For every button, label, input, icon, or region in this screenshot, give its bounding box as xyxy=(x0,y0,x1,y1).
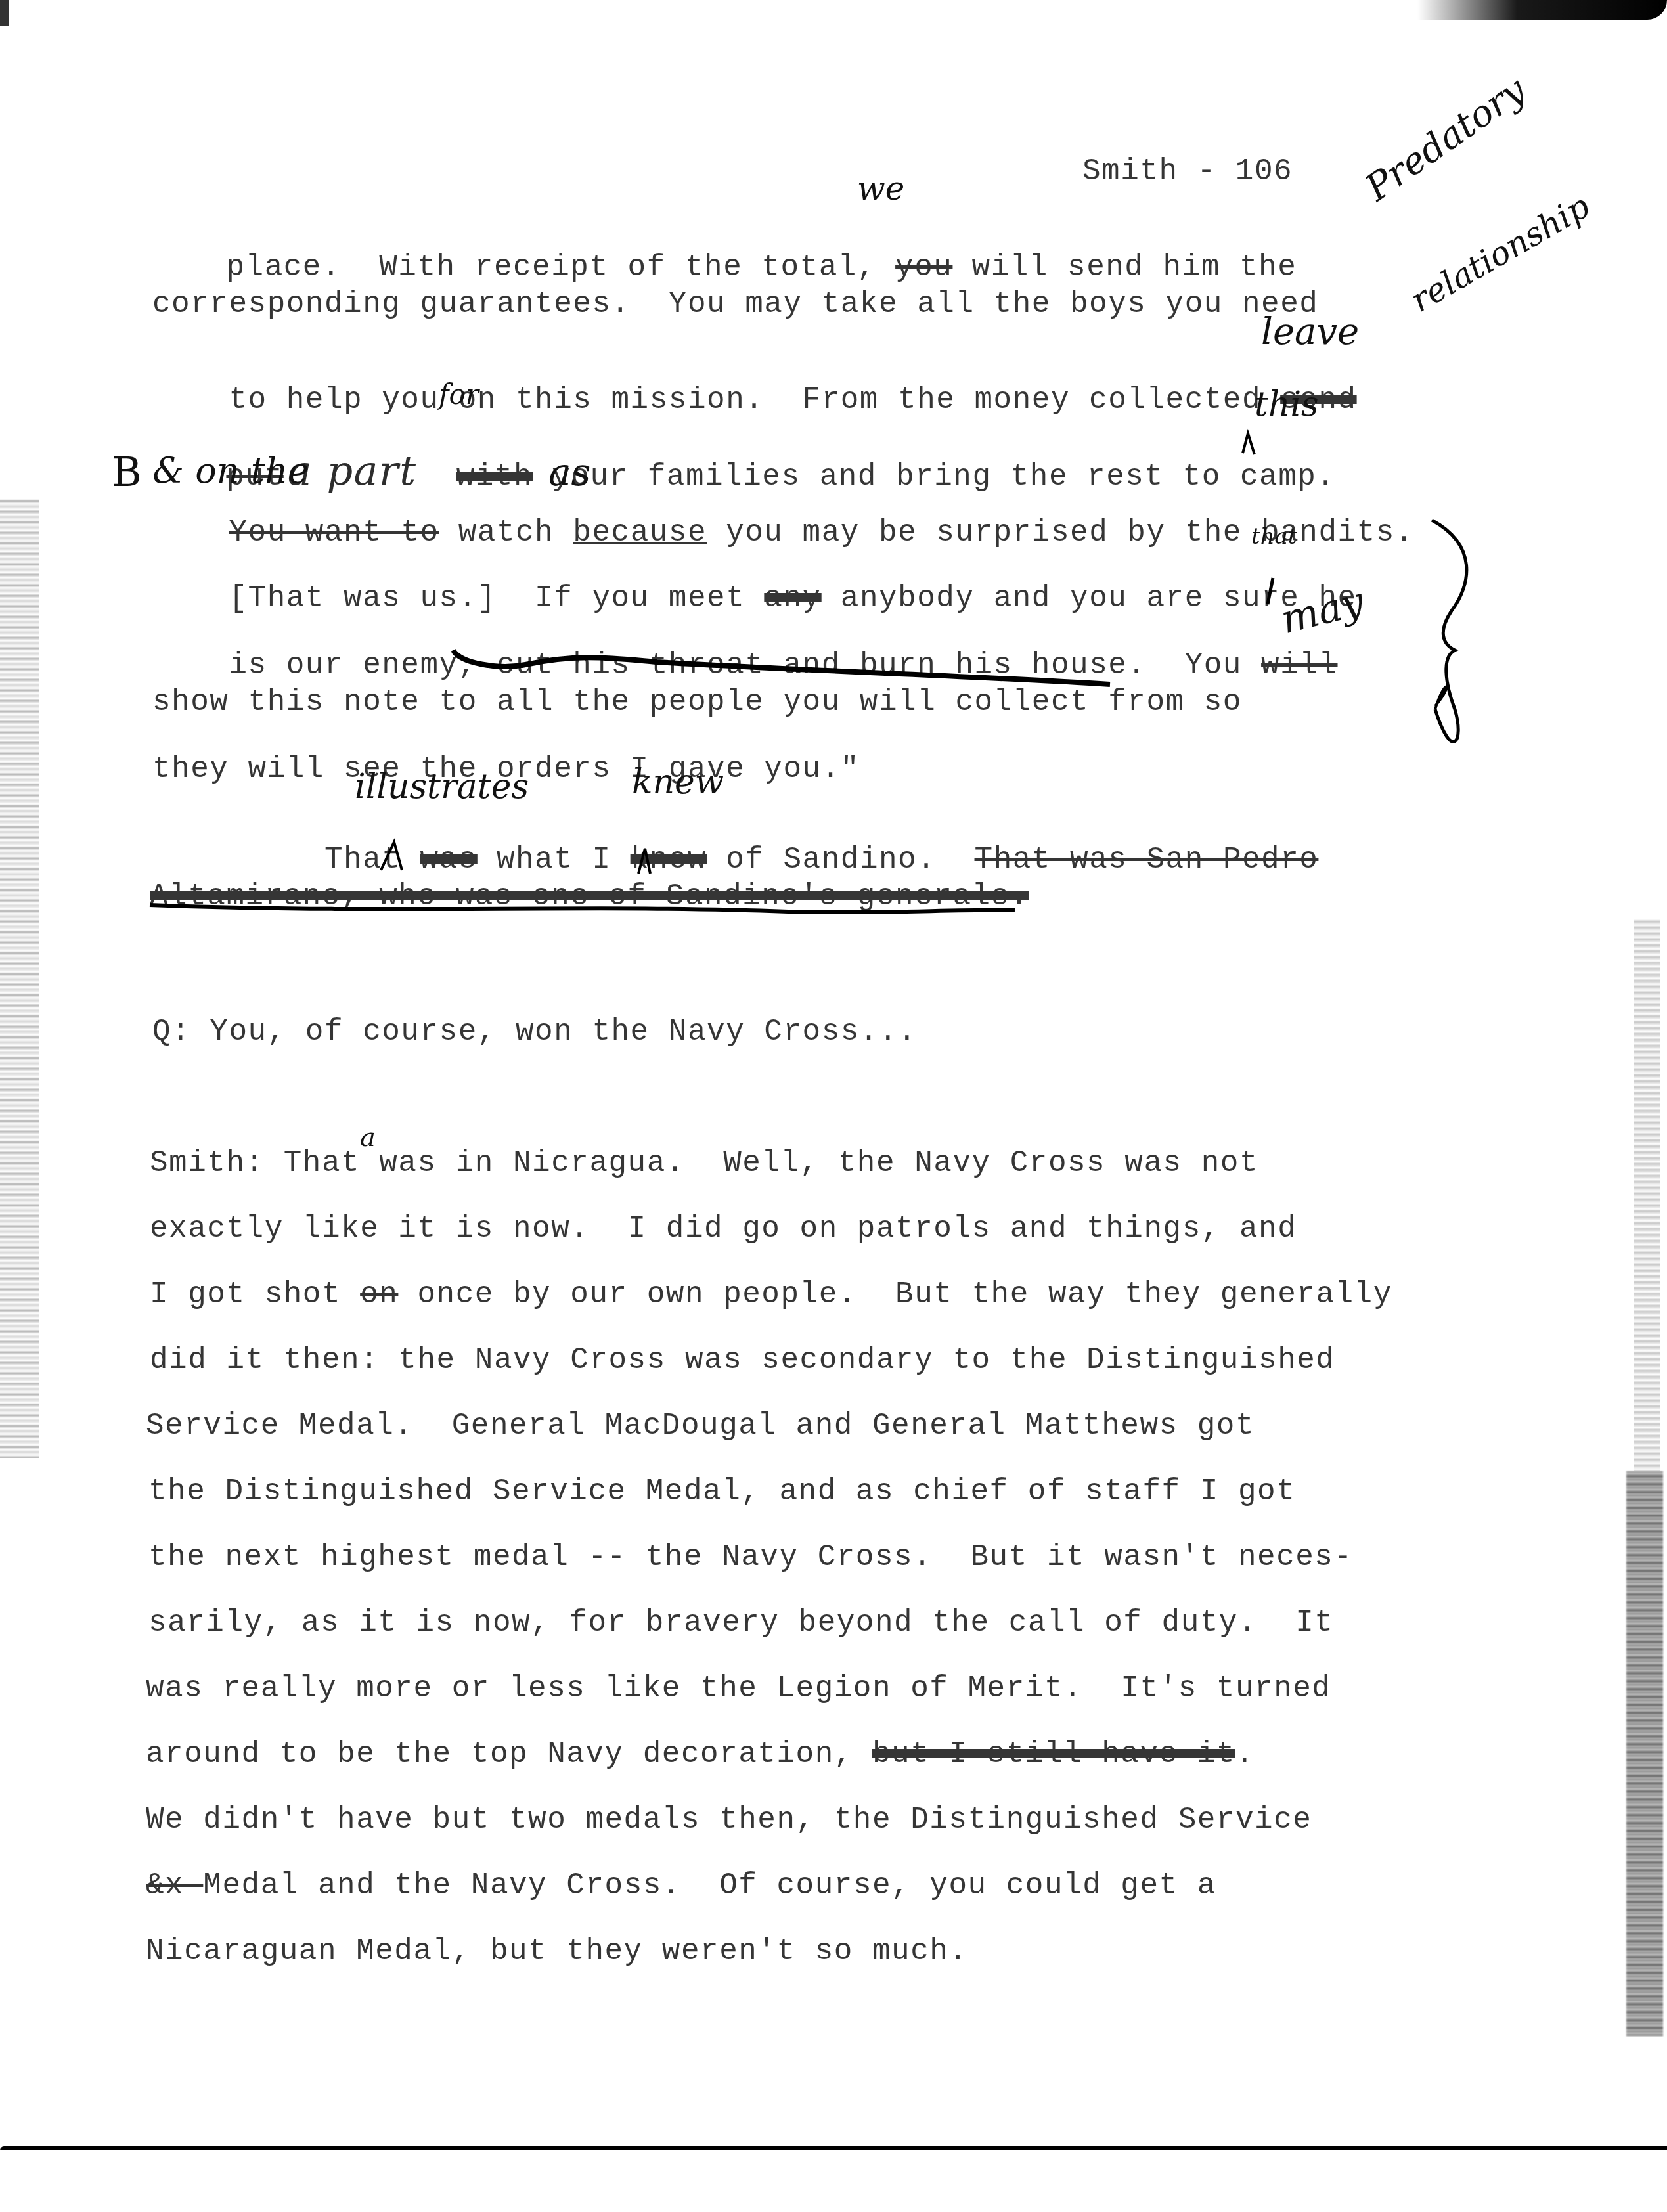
line-6-text: [That was us.] If you meet xyxy=(229,581,764,615)
answer-line-13: Nicaraguan Medal, but they weren't so mu… xyxy=(146,1936,968,1966)
answer-line-7: the next highest medal -- the Navy Cross… xyxy=(148,1542,1353,1572)
margin-note-predatory: Predatory xyxy=(1360,72,1532,208)
insert-on-the: & on the xyxy=(152,453,309,489)
answer-line-3: I got shot on once by our own people. Bu… xyxy=(150,1279,1392,1310)
struck-word-on: on xyxy=(360,1277,398,1312)
line-1-text: place. With receipt of the total, xyxy=(226,250,895,284)
bottom-rule xyxy=(0,2146,1667,2150)
answer-line-10: around to be the top Navy decoration, bu… xyxy=(146,1739,1255,1769)
insert-illustrates: illustrates xyxy=(355,770,529,804)
insert-as: as xyxy=(548,453,590,491)
struck-tail: but I still have it xyxy=(872,1737,1235,1771)
struck-prefix: &x xyxy=(146,1869,203,1903)
line-3-text: to help you on this mission. From the mo… xyxy=(229,383,1280,417)
line-5-struck-mid: because xyxy=(573,516,707,550)
answer-line-1: Smith: That was in Nicragua. Well, the N… xyxy=(150,1148,1258,1178)
insert-for: for xyxy=(439,381,479,409)
line-5-after: you may be surprised by the bandits. xyxy=(707,516,1414,550)
typed-line-8: show this note to all the people you wil… xyxy=(152,687,1242,717)
document-page: Smith - 106 Predatory relationship place… xyxy=(0,0,1667,2212)
answer-line-12: &x Medal and the Navy Cross. Of course, … xyxy=(146,1870,1216,1901)
line-5-struck-pre: You want to xyxy=(229,516,439,550)
answer-line-9: was really more or less like the Legion … xyxy=(146,1673,1331,1704)
line-6-struck: any xyxy=(764,581,821,615)
line-7-underlined: cut his throat and burn his house. xyxy=(497,648,1147,682)
typed-line-2: corresponding guarantees. You may take a… xyxy=(152,289,1318,319)
insert-that: that xyxy=(1251,525,1297,548)
margin-note-relationship: relationship xyxy=(1406,189,1595,317)
insert-leave: leave xyxy=(1261,314,1359,351)
answer-line-11: We didn't have but two medals then, the … xyxy=(146,1805,1312,1835)
line-1-after: will send him the xyxy=(952,250,1297,284)
margin-marker-b: B xyxy=(112,452,142,493)
line-10-struck-end: That was San Pedro xyxy=(975,843,1319,877)
answer-line-5: Service Medal. General MacDougal and Gen… xyxy=(146,1411,1255,1441)
scan-noise-left-edge xyxy=(0,499,39,1458)
line-10-after-2: of Sandino. xyxy=(707,843,974,877)
page-header: Smith - 106 xyxy=(1082,156,1293,187)
insert-a-nicaragua: a xyxy=(360,1124,376,1151)
scan-noise-right-edge-light xyxy=(1634,919,1660,1471)
insert-we: we xyxy=(857,172,904,205)
insert-knew: knew xyxy=(632,765,724,799)
answer-line-6: the Distinguished Service Medal, and as … xyxy=(148,1476,1295,1507)
answer-line-2: exactly like it is now. I did go on patr… xyxy=(150,1214,1297,1244)
question-line: Q: You, of course, won the Navy Cross... xyxy=(152,1017,917,1047)
line-10-after: what I xyxy=(478,843,631,877)
answer-line-8: sarily, as it is now, for bravery beyond… xyxy=(148,1608,1333,1638)
line-7-struck-end: will xyxy=(1261,648,1337,682)
insert-this: this xyxy=(1255,387,1319,422)
typed-line-11-struck: Altamirano, who was one of Sandino's gen… xyxy=(150,881,1029,912)
scan-artifact-top-right xyxy=(1417,0,1667,20)
answer-line-4: did it then: the Navy Cross was secondar… xyxy=(150,1345,1335,1375)
line-1-struck: you xyxy=(895,250,952,284)
line-7-text: is our enemy, xyxy=(229,648,496,682)
scan-noise-right-edge xyxy=(1626,1471,1663,2036)
line-7-after: You xyxy=(1146,648,1261,682)
right-brace xyxy=(1432,520,1467,741)
line-10-struck-2: knew xyxy=(631,843,707,877)
scan-artifact-top-left xyxy=(0,0,9,26)
line-10-text: That xyxy=(229,843,420,877)
line-5-text: watch xyxy=(439,516,573,550)
line-10-struck: was xyxy=(420,843,477,877)
